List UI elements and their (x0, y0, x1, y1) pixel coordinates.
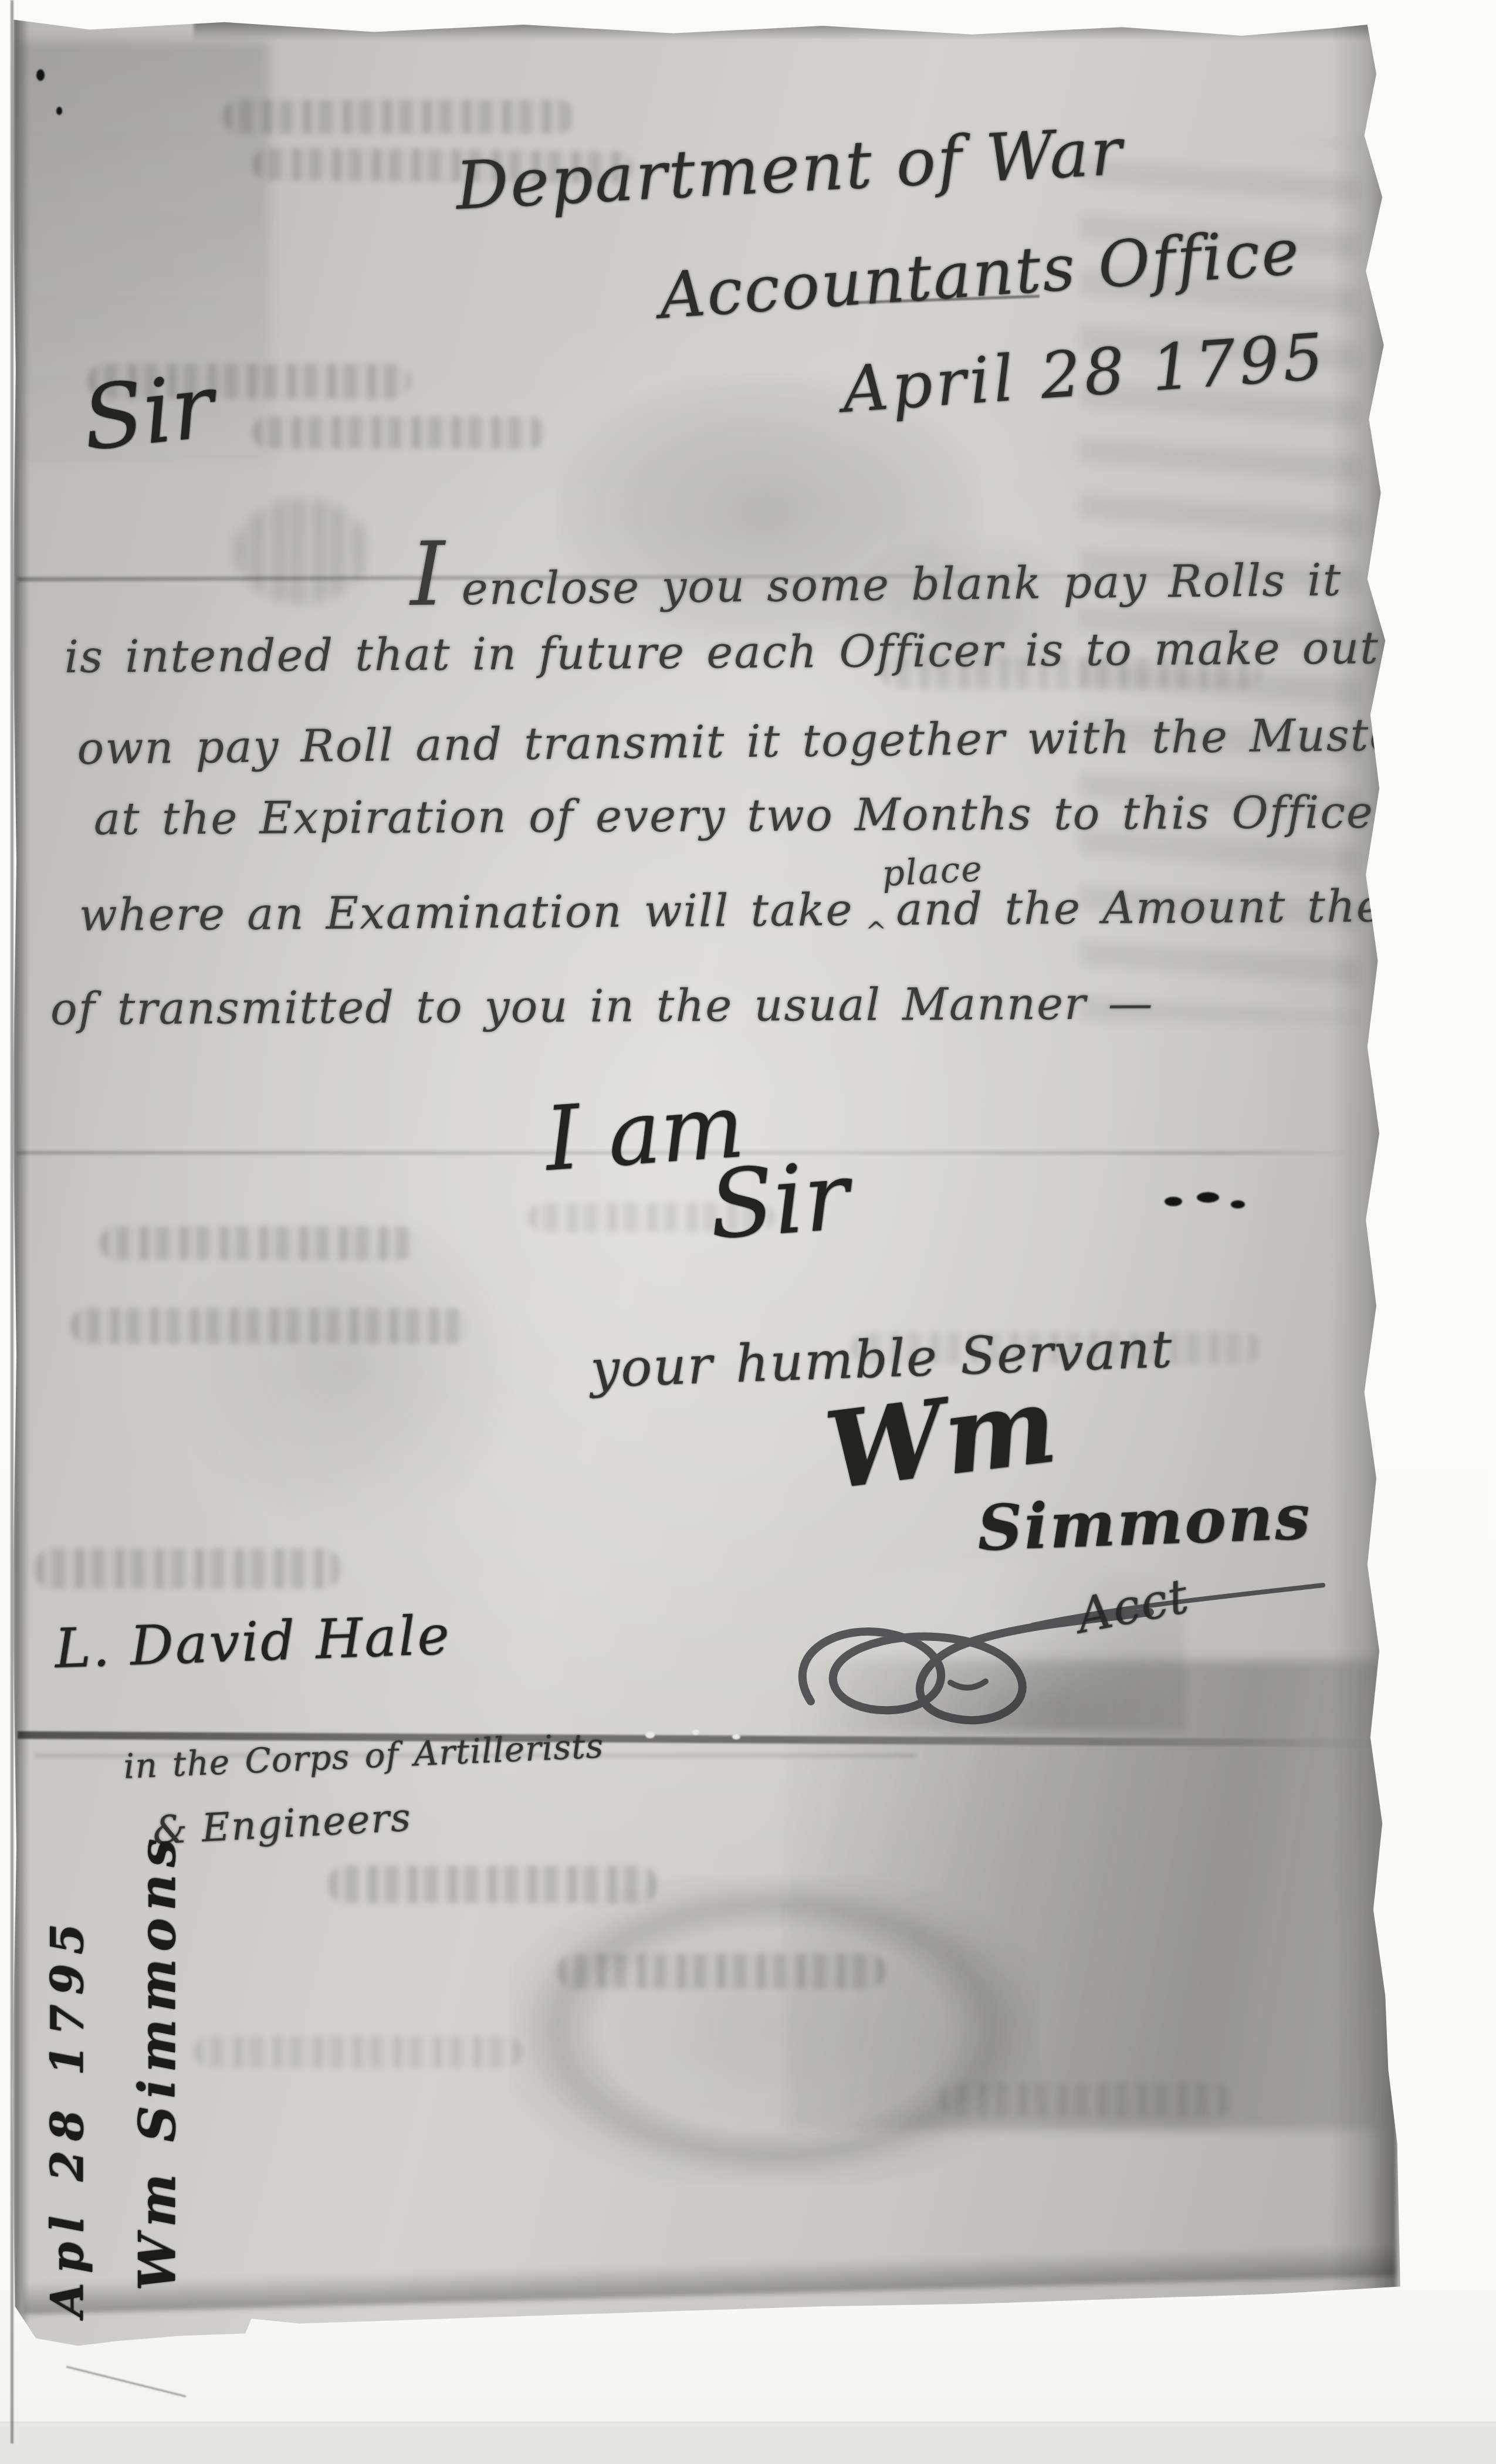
letter-scan-page: Department of War Accountants Office Apr… (0, 0, 1496, 2464)
scanner-scratch-mark (66, 2366, 186, 2398)
signature-flourish-paraph (0, 0, 1496, 2464)
docket-line-1-rotated: Wm Simmons (128, 1832, 187, 2291)
docket-line-2-rotated: Apl 28 1795 (41, 1914, 93, 2317)
scanner-bottom-band (0, 2422, 1496, 2464)
recipient-name: L. David Hale (54, 1608, 452, 1676)
letter-paper-sheet: Department of War Accountants Office Apr… (0, 0, 1496, 2464)
